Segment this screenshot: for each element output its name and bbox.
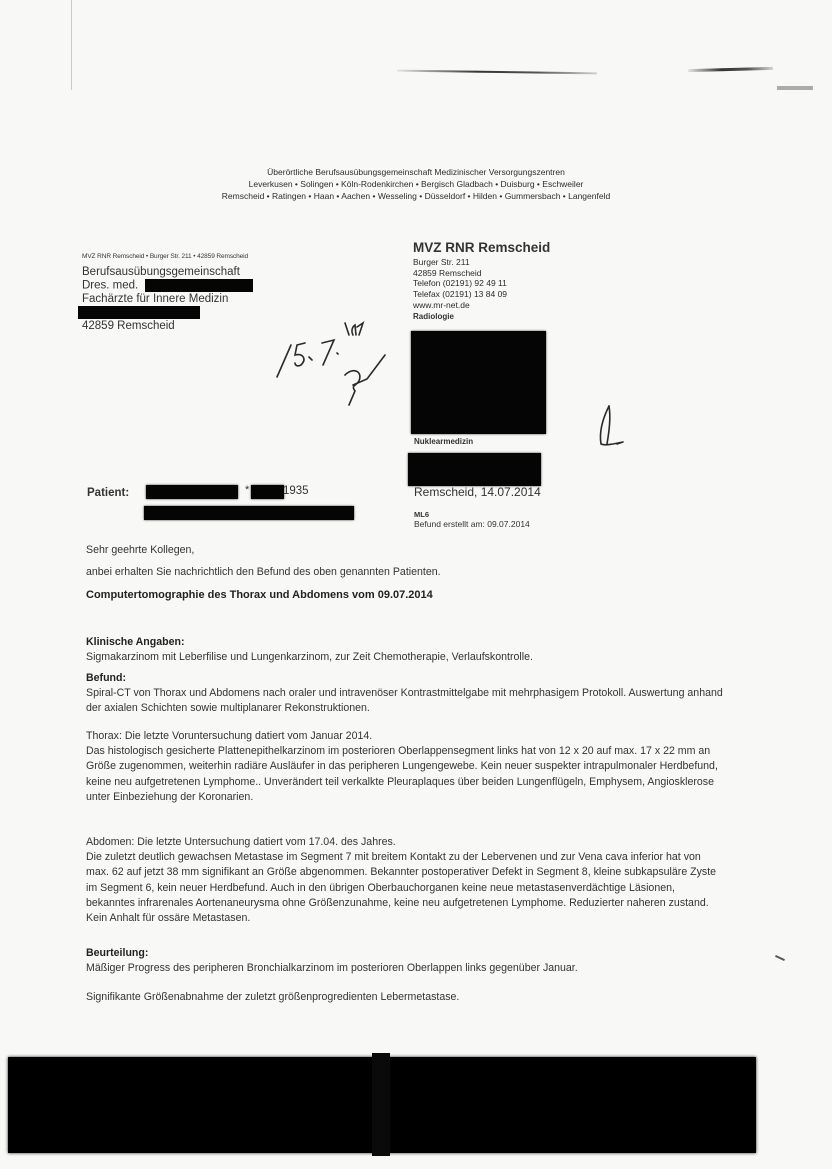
findings-method-text: Spiral-CT von Thorax und Abdomens nach o… (86, 686, 726, 716)
network-header-line2: Leverkusen • Solingen • Köln-Rodenkirche… (0, 178, 832, 190)
recipient-title: Dres. med. (82, 280, 138, 292)
assessment-section: Beurteilung: Mäßiger Progress des periph… (86, 946, 726, 1006)
exam-title: Computertomographie des Thorax und Abdom… (86, 588, 726, 603)
redacted-patient-address (144, 506, 354, 520)
abdomen-text: Die zuletzt deutlich gewachsen Metastase… (86, 850, 726, 926)
organization-city: 42859 Remscheid (413, 268, 550, 279)
salutation: Sehr geehrte Kollegen, (86, 543, 726, 558)
scan-smudge (688, 67, 773, 72)
redacted-physician-list-radiology (411, 331, 546, 434)
assessment-text-2: Signifikante Größenabnahme der zuletzt g… (86, 990, 726, 1005)
department-nuclear-medicine: Nuklearmedizin (414, 436, 473, 447)
redacted-street (78, 306, 200, 319)
intro-text: anbei erhalten Sie nachrichtlich den Bef… (86, 565, 726, 580)
thorax-section: Thorax: Die letzte Voruntersuchung datie… (86, 729, 726, 805)
patient-birth-year: 1935 (283, 485, 309, 497)
report-created-date: Befund erstellt am: 09.07.2014 (414, 519, 530, 529)
assessment-text-1: Mäßiger Progress des peripheren Bronchia… (86, 961, 726, 976)
clinical-text: Sigmakarzinom mit Leberfilise und Lungen… (86, 650, 726, 665)
organization-block: MVZ RNR Remscheid Burger Str. 211 42859 … (413, 240, 550, 322)
recipient-city: 42859 Remscheid (82, 320, 253, 333)
patient-label: Patient: (87, 487, 129, 499)
organization-fax: Telefax (02191) 13 84 09 (413, 289, 550, 300)
place-date: Remscheid, 14.07.2014 (414, 485, 541, 499)
organization-web[interactable]: www.mr-net.de (413, 300, 550, 311)
recipient-address: Berufsausübungsgemeinschaft Dres. med. F… (82, 266, 253, 333)
ml-code: ML6 (414, 510, 429, 519)
handwritten-mark (585, 398, 635, 458)
scan-smudge (777, 86, 813, 90)
network-header-line3: Remscheid • Ratingen • Haan • Aachen • W… (0, 190, 832, 202)
scan-edge-line (71, 0, 72, 90)
sender-return-address: MVZ RNR Remscheid • Burger Str. 211 • 42… (82, 253, 248, 260)
clinical-heading: Klinische Angaben: (86, 635, 726, 650)
redacted-name (145, 279, 253, 292)
clinical-section: Klinische Angaben: Sigmakarzinom mit Leb… (86, 635, 726, 665)
network-header-line1: Überörtliche Berufsausübungsgemeinschaft… (0, 166, 832, 178)
organization-street: Burger Str. 211 (413, 257, 550, 268)
handwritten-date-annotation (265, 305, 415, 415)
network-header: Überörtliche Berufsausübungsgemeinschaft… (0, 166, 832, 202)
thorax-intro: Thorax: Die letzte Voruntersuchung datie… (86, 729, 726, 744)
scan-smudge (397, 70, 597, 75)
birth-asterisk: * (245, 484, 249, 496)
redacted-patient-name (146, 485, 238, 499)
department-radiology: Radiologie (413, 311, 550, 322)
thorax-text: Das histologisch gesicherte Plattenepith… (86, 744, 726, 805)
abdomen-section: Abdomen: Die letzte Untersuchung datiert… (86, 835, 726, 926)
redacted-physician-list-nuclear (408, 453, 541, 486)
findings-section: Befund: Spiral-CT von Thorax und Abdomen… (86, 671, 726, 717)
assessment-heading: Beurteilung: (86, 946, 726, 961)
recipient-line4 (82, 306, 253, 320)
recipient-line3: Fachärzte für Innere Medizin (82, 293, 253, 306)
abdomen-intro: Abdomen: Die letzte Untersuchung datiert… (86, 835, 726, 850)
recipient-line1: Berufsausübungsgemeinschaft (82, 266, 253, 279)
scan-smudge (775, 955, 785, 961)
redaction-seam (372, 1053, 390, 1156)
findings-heading: Befund: (86, 671, 726, 686)
organization-phone: Telefon (02191) 92 49 11 (413, 278, 550, 289)
organization-name: MVZ RNR Remscheid (413, 240, 550, 255)
redacted-birth-date (251, 485, 284, 499)
recipient-line2: Dres. med. (82, 279, 253, 293)
